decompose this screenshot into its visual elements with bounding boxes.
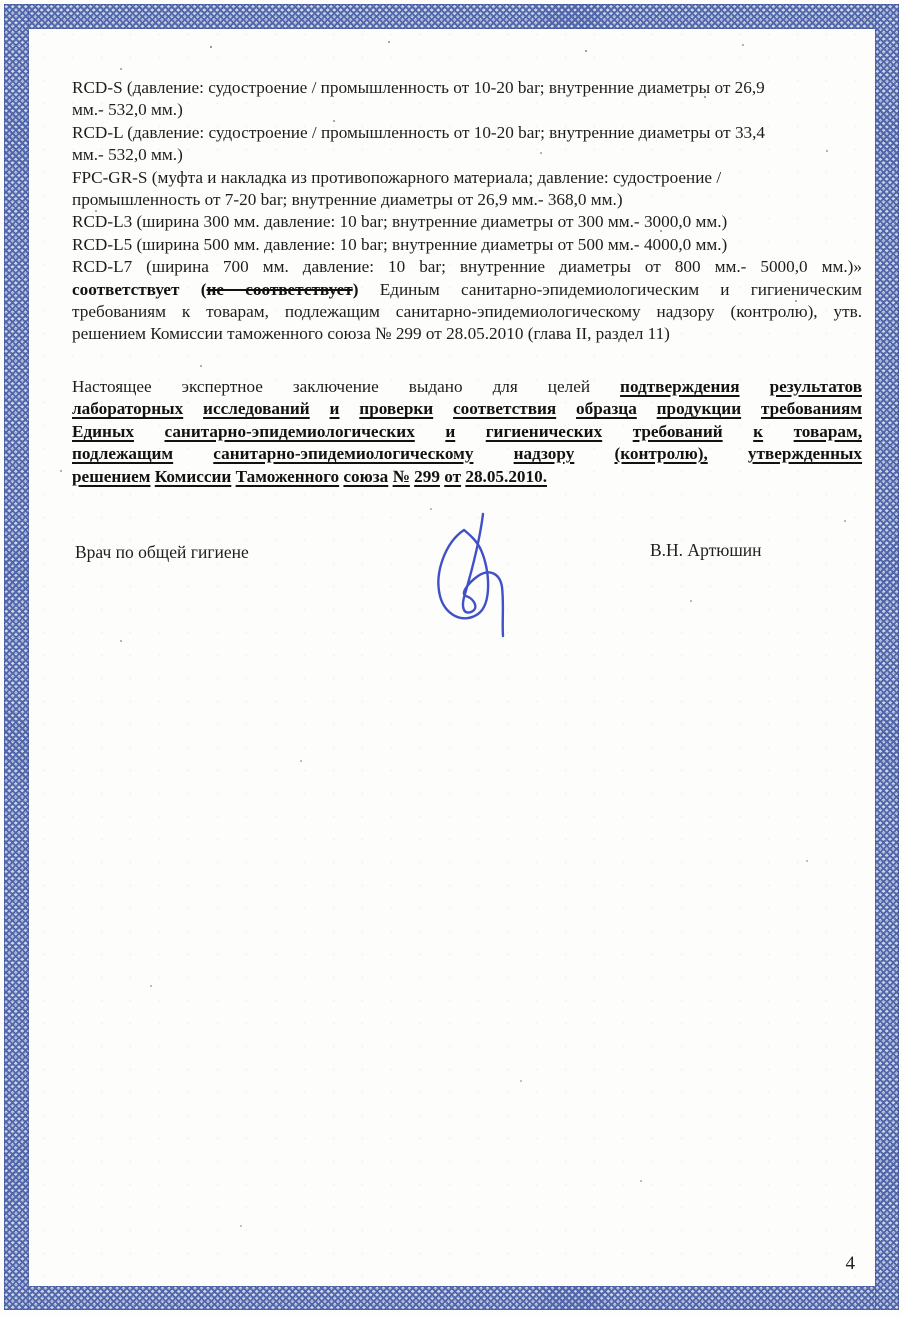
- underlined-word: союза: [343, 467, 388, 486]
- underlined-word: требованиям: [761, 399, 862, 418]
- underlined-word: проверки: [359, 399, 433, 418]
- text-run: мм.- 532,0 мм.): [72, 100, 183, 119]
- text-line: лабораторных исследований и проверки соо…: [72, 398, 862, 420]
- underlined-word: товарам,: [794, 422, 862, 441]
- underlined-word: санитарно-эпидемиологическому: [213, 444, 473, 463]
- underlined-word: 28.05.2010.: [465, 467, 547, 486]
- text-line: решением Комиссии Таможенного союза № 29…: [72, 466, 862, 488]
- text-line: Единых санитарно-эпидемиологических и ги…: [72, 421, 862, 443]
- underlined-word: лабораторных: [72, 399, 183, 418]
- text-line: RCD-L5 (ширина 500 мм. давление: 10 bar;…: [72, 234, 862, 256]
- scan-noise-specks: [0, 0, 2, 2]
- product-spec-paragraph: RCD-S (давление: судостроение / промышле…: [72, 77, 862, 346]
- underlined-word: решением: [72, 467, 150, 486]
- underlined-word: от: [444, 467, 461, 486]
- page-number: 4: [846, 1253, 856, 1275]
- signatory-role: Врач по общей гигиене: [75, 542, 249, 563]
- decorative-border-bottom: [4, 1286, 899, 1310]
- text-line: RCD-L3 (ширина 300 мм. давление: 10 bar;…: [72, 211, 862, 233]
- text-line: соответствует (не соответствует) Единым …: [72, 279, 862, 301]
- document-page: RCD-S (давление: судостроение / промышле…: [0, 0, 902, 1317]
- underlined-word: (контролю),: [614, 444, 707, 463]
- underlined-word: продукции: [657, 399, 741, 418]
- decorative-border-right: [875, 4, 899, 1310]
- underlined-word: результатов: [770, 377, 862, 396]
- underlined-word: и: [445, 422, 455, 441]
- text-run: RCD-S (давление: судостроение / промышле…: [72, 78, 765, 97]
- underlined-word: и: [330, 399, 340, 418]
- handwritten-signature: [420, 512, 520, 642]
- underlined-word: санитарно-эпидемиологических: [165, 422, 415, 441]
- text-line: RCD-L (давление: судостроение / промышле…: [72, 122, 862, 144]
- conclusion-purpose-paragraph: Настоящее экспертное заключение выдано д…: [72, 376, 862, 488]
- text-run: решением Комиссии таможенного союза № 29…: [72, 324, 670, 343]
- document-body: RCD-S (давление: судостроение / промышле…: [72, 77, 862, 670]
- underlined-word: Таможенного: [236, 467, 340, 486]
- text-run: RCD-L (давление: судостроение / промышле…: [72, 123, 765, 142]
- decorative-border-left: [4, 4, 29, 1310]
- text-run: Настоящее экспертное заключение выдано д…: [72, 377, 620, 396]
- underlined-word: гигиенических: [486, 422, 602, 441]
- text-run: не соответствует: [206, 280, 352, 299]
- underlined-word: 299: [414, 467, 440, 486]
- text-run: соответствует: [72, 280, 201, 299]
- text-line: RCD-S (давление: судостроение / промышле…: [72, 77, 862, 99]
- signature-row: Врач по общей гигиене В.Н. Артюшин: [72, 530, 862, 670]
- text-run: RCD-L5 (ширина 500 мм. давление: 10 bar;…: [72, 235, 727, 254]
- text-line: Настоящее экспертное заключение выдано д…: [72, 376, 862, 398]
- underlined-word: требований: [633, 422, 723, 441]
- text-line: мм.- 532,0 мм.): [72, 144, 862, 166]
- text-line: требованиям к товарам, подлежащим санита…: [72, 301, 862, 323]
- decorative-border-top: [4, 4, 899, 29]
- text-line: RCD-L7 (ширина 700 мм. давление: 10 bar;…: [72, 256, 862, 278]
- underlined-word: исследований: [203, 399, 310, 418]
- underlined-word: Единых: [72, 422, 134, 441]
- signatory-name: В.Н. Артюшин: [650, 540, 762, 561]
- underlined-word: соответствия: [453, 399, 556, 418]
- text-run: FPC-GR-S (муфта и накладка из противопож…: [72, 168, 721, 187]
- text-line: решением Комиссии таможенного союза № 29…: [72, 323, 862, 345]
- underlined-word: подтверждения: [620, 377, 740, 396]
- text-line: мм.- 532,0 мм.): [72, 99, 862, 121]
- text-run: мм.- 532,0 мм.): [72, 145, 183, 164]
- underlined-word: подлежащим: [72, 444, 173, 463]
- text-run: RCD-L3 (ширина 300 мм. давление: 10 bar;…: [72, 212, 727, 231]
- text-line: подлежащим санитарно-эпидемиологическому…: [72, 443, 862, 465]
- underlined-word: №: [393, 467, 410, 486]
- text-run: Единым санитарно-эпидемиологическим и ги…: [358, 280, 862, 299]
- underlined-word: утвержденных: [748, 444, 862, 463]
- text-run: требованиям к товарам, подлежащим санита…: [72, 302, 862, 321]
- text-run: RCD-L7 (ширина 700 мм. давление: 10 bar;…: [72, 257, 862, 276]
- underlined-word: надзору: [514, 444, 575, 463]
- underlined-word: к: [753, 422, 763, 441]
- text-run: промышленность от 7-20 bar; внутренние д…: [72, 190, 623, 209]
- underlined-word: Комиссии: [155, 467, 232, 486]
- underlined-word: образца: [576, 399, 637, 418]
- text-line: промышленность от 7-20 bar; внутренние д…: [72, 189, 862, 211]
- text-line: FPC-GR-S (муфта и накладка из противопож…: [72, 167, 862, 189]
